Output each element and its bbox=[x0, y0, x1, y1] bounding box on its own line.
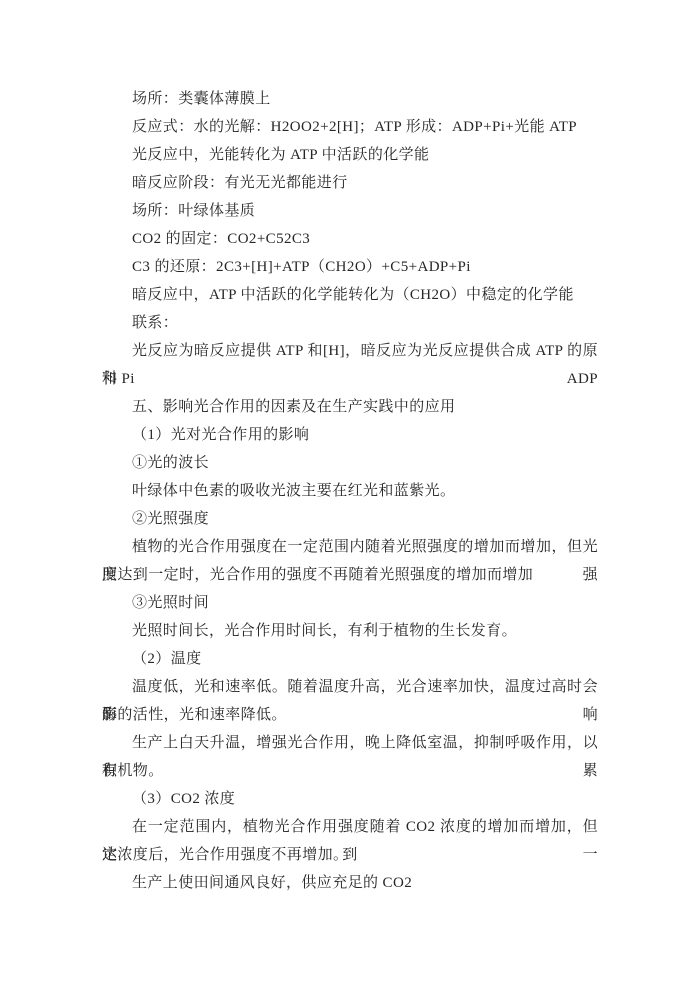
text-line: 场所：叶绿体基质 bbox=[102, 197, 598, 225]
text-line: 反应式：水的光解：H2OO2+2[H]；ATP 形成：ADP+Pi+光能 ATP bbox=[102, 113, 598, 141]
text-line: 生产上白天升温，增强光合作用，晚上降低室温，抑制呼吸作用，以积累 bbox=[102, 729, 598, 757]
text-line: 光反应为暗反应提供 ATP 和[H]，暗反应为光反应提供合成 ATP 的原料 A… bbox=[102, 337, 598, 365]
document-page: 场所：类囊体薄膜上反应式：水的光解：H2OO2+2[H]；ATP 形成：ADP+… bbox=[0, 0, 700, 990]
text-line: 五、影响光合作用的因素及在生产实践中的应用 bbox=[102, 393, 598, 421]
text-line: （3）CO2 浓度 bbox=[102, 785, 598, 813]
text-line: 联系： bbox=[102, 309, 598, 337]
text-line: 温度低，光和速率低。随着温度升高，光合速率加快，温度过高时会影响 bbox=[102, 673, 598, 701]
text-line: CO2 的固定：CO2+C52C3 bbox=[102, 225, 598, 253]
text-line: 光照时间长，光合作用时间长，有利于植物的生长发育。 bbox=[102, 617, 598, 645]
text-line: 在一定范围内，植物光合作用强度随着 CO2 浓度的增加而增加，但达到一 bbox=[102, 813, 598, 841]
text-line: C3 的还原：2C3+[H]+ATP（CH2O）+C5+ADP+Pi bbox=[102, 253, 598, 281]
text-line: （1）光对光合作用的影响 bbox=[102, 421, 598, 449]
text-line: （2）温度 bbox=[102, 645, 598, 673]
text-line: 叶绿体中色素的吸收光波主要在红光和蓝紫光。 bbox=[102, 477, 598, 505]
text-line: 植物的光合作用强度在一定范围内随着光照强度的增加而增加，但光照强 bbox=[102, 533, 598, 561]
text-line: 光反应中，光能转化为 ATP 中活跃的化学能 bbox=[102, 141, 598, 169]
text-line: ①光的波长 bbox=[102, 449, 598, 477]
text-line: 暗反应阶段：有光无光都能进行 bbox=[102, 169, 598, 197]
text-line: 暗反应中，ATP 中活跃的化学能转化为（CH2O）中稳定的化学能 bbox=[102, 281, 598, 309]
text-line: ②光照强度 bbox=[102, 505, 598, 533]
text-line: ③光照时间 bbox=[102, 589, 598, 617]
text-line: 生产上使田间通风良好，供应充足的 CO2 bbox=[102, 869, 598, 897]
text-line: 场所：类囊体薄膜上 bbox=[102, 85, 598, 113]
document-text-block: 场所：类囊体薄膜上反应式：水的光解：H2OO2+2[H]；ATP 形成：ADP+… bbox=[102, 85, 598, 897]
text-line: 度达到一定时，光合作用的强度不再随着光照强度的增加而增加 bbox=[102, 561, 598, 589]
